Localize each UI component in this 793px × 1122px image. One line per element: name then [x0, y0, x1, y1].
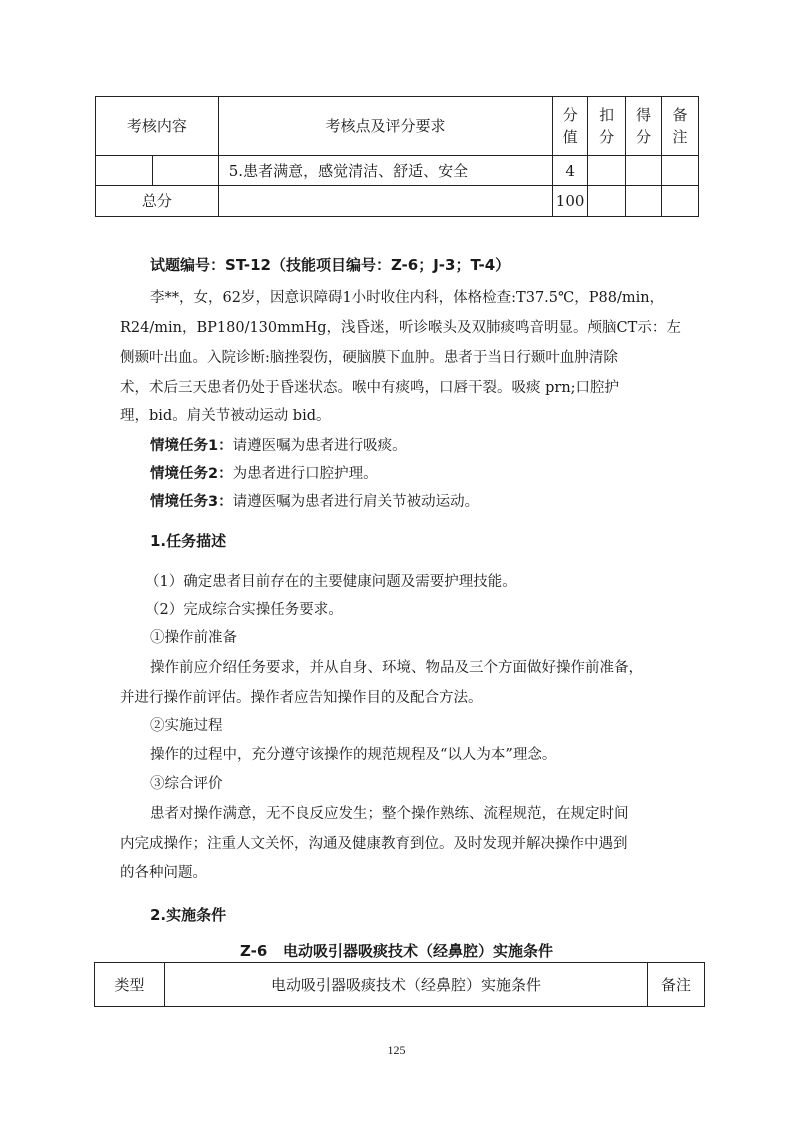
table-row: 5.患者满意，感觉清洁、舒适、安全 4 [96, 156, 699, 186]
sub1-title: ①操作前准备 [150, 626, 237, 647]
deduct-cell [588, 156, 626, 186]
case-line: 理，bid。肩关节被动运动 bid。 [120, 404, 331, 425]
header-note-2: 注 [662, 126, 698, 148]
task-label: 情境任务2： [150, 466, 233, 482]
header-content: 考核内容 [96, 97, 219, 156]
header-points-2: 值 [553, 126, 587, 148]
sub2-title: ②实施过程 [150, 714, 223, 735]
header-deduct-1: 扣 [588, 104, 625, 126]
task-text: 为患者进行口腔护理。 [233, 466, 378, 482]
header-type: 类型 [95, 963, 165, 1007]
question-id-value: ST-12（技能项目编号：Z-6；J-3；T-4） [225, 256, 510, 274]
empty-cell [218, 186, 552, 217]
section2-title: 2.实施条件 [150, 904, 226, 925]
deduct-cell [588, 186, 626, 217]
sub3-line: 的各种问题。 [120, 861, 207, 882]
sub3-title: ③综合评价 [150, 772, 223, 793]
task-3: 情境任务3：请遵医嘱为患者进行肩关节被动运动。 [150, 490, 479, 511]
task-2: 情境任务2：为患者进行口腔护理。 [150, 462, 378, 483]
section1-item: （2）完成综合实操任务要求。 [145, 598, 343, 619]
header-points: 分值 [553, 97, 588, 156]
case-line: 术，术后三天患者仍处于昏迷状态。喉中有痰鸣，口唇干裂。吸痰 prn;口腔护 [120, 376, 619, 397]
case-line: 侧颞叶出血。入院诊断:脑挫裂伤，硬脑膜下血肿。患者于当日行颞叶血肿清除 [120, 346, 618, 367]
note-cell [662, 156, 699, 186]
sub2-line: 操作的过程中，充分遵守该操作的规范规程及“以人为本”理念。 [150, 743, 556, 764]
task-label: 情境任务3： [150, 494, 233, 510]
sub1-line: 操作前应介绍任务要求，并从自身、环境、物品及三个方面做好操作前准备， [150, 656, 643, 677]
header-criteria: 考核点及评分要求 [218, 97, 552, 156]
empty-cell [152, 156, 218, 186]
header-deduct: 扣分 [588, 97, 626, 156]
header-note: 备注 [662, 97, 699, 156]
header-deduct-2: 分 [588, 126, 625, 148]
task-1: 情境任务1：请遵医嘱为患者进行吸痰。 [150, 434, 407, 455]
sub3-line: 患者对操作满意，无不良反应发生；整个操作熟练、流程规范，在规定时间 [150, 802, 629, 823]
sub3-line: 内完成操作；注重人文关怀，沟通及健康教育到位。及时发现并解决操作中遇到 [120, 832, 628, 853]
page-number: 125 [0, 1043, 793, 1058]
header-score-1: 得 [626, 104, 661, 126]
score-table: 考核内容 考核点及评分要求 分值 扣分 得分 备注 5.患者满意，感觉清洁、舒适… [95, 96, 699, 217]
case-line: 李**，女，62岁，因意识障碍1小时收住内科，体格检查:T37.5℃，P88/m… [150, 286, 664, 307]
question-id-label: 试题编号： [150, 256, 225, 274]
table-caption: Z-6 电动吸引器吸痰技术（经鼻腔）实施条件 [0, 940, 793, 961]
header-score: 得分 [626, 97, 662, 156]
header-conditions: 电动吸引器吸痰技术（经鼻腔）实施条件 [164, 963, 647, 1007]
empty-cell [96, 156, 153, 186]
section1-title: 1.任务描述 [150, 530, 226, 551]
question-id: 试题编号：ST-12（技能项目编号：Z-6；J-3；T-4） [150, 254, 510, 275]
conditions-table: 类型 电动吸引器吸痰技术（经鼻腔）实施条件 备注 [94, 962, 705, 1007]
points-cell: 4 [553, 156, 588, 186]
header-score-2: 分 [626, 126, 661, 148]
task-label: 情境任务1： [150, 438, 233, 454]
case-line: R24/min，BP180/130mmHg，浅昏迷，听诊喉头及双肺痰鸣音明显。颅… [120, 316, 681, 337]
task-text: 请遵医嘱为患者进行肩关节被动运动。 [233, 494, 480, 510]
task-text: 请遵医嘱为患者进行吸痰。 [233, 438, 407, 454]
total-label: 总分 [96, 186, 219, 217]
sub1-line: 并进行操作前评估。操作者应告知操作目的及配合方法。 [120, 686, 483, 707]
total-points: 100 [553, 186, 588, 217]
criteria-cell: 5.患者满意，感觉清洁、舒适、安全 [218, 156, 552, 186]
section1-item: （1）确定患者目前存在的主要健康问题及需要护理技能。 [145, 570, 517, 591]
header-points-1: 分 [553, 104, 587, 126]
header-note: 备注 [648, 963, 705, 1007]
total-row: 总分 100 [96, 186, 699, 217]
header-note-1: 备 [662, 104, 698, 126]
score-cell [626, 156, 662, 186]
score-cell [626, 186, 662, 217]
note-cell [662, 186, 699, 217]
